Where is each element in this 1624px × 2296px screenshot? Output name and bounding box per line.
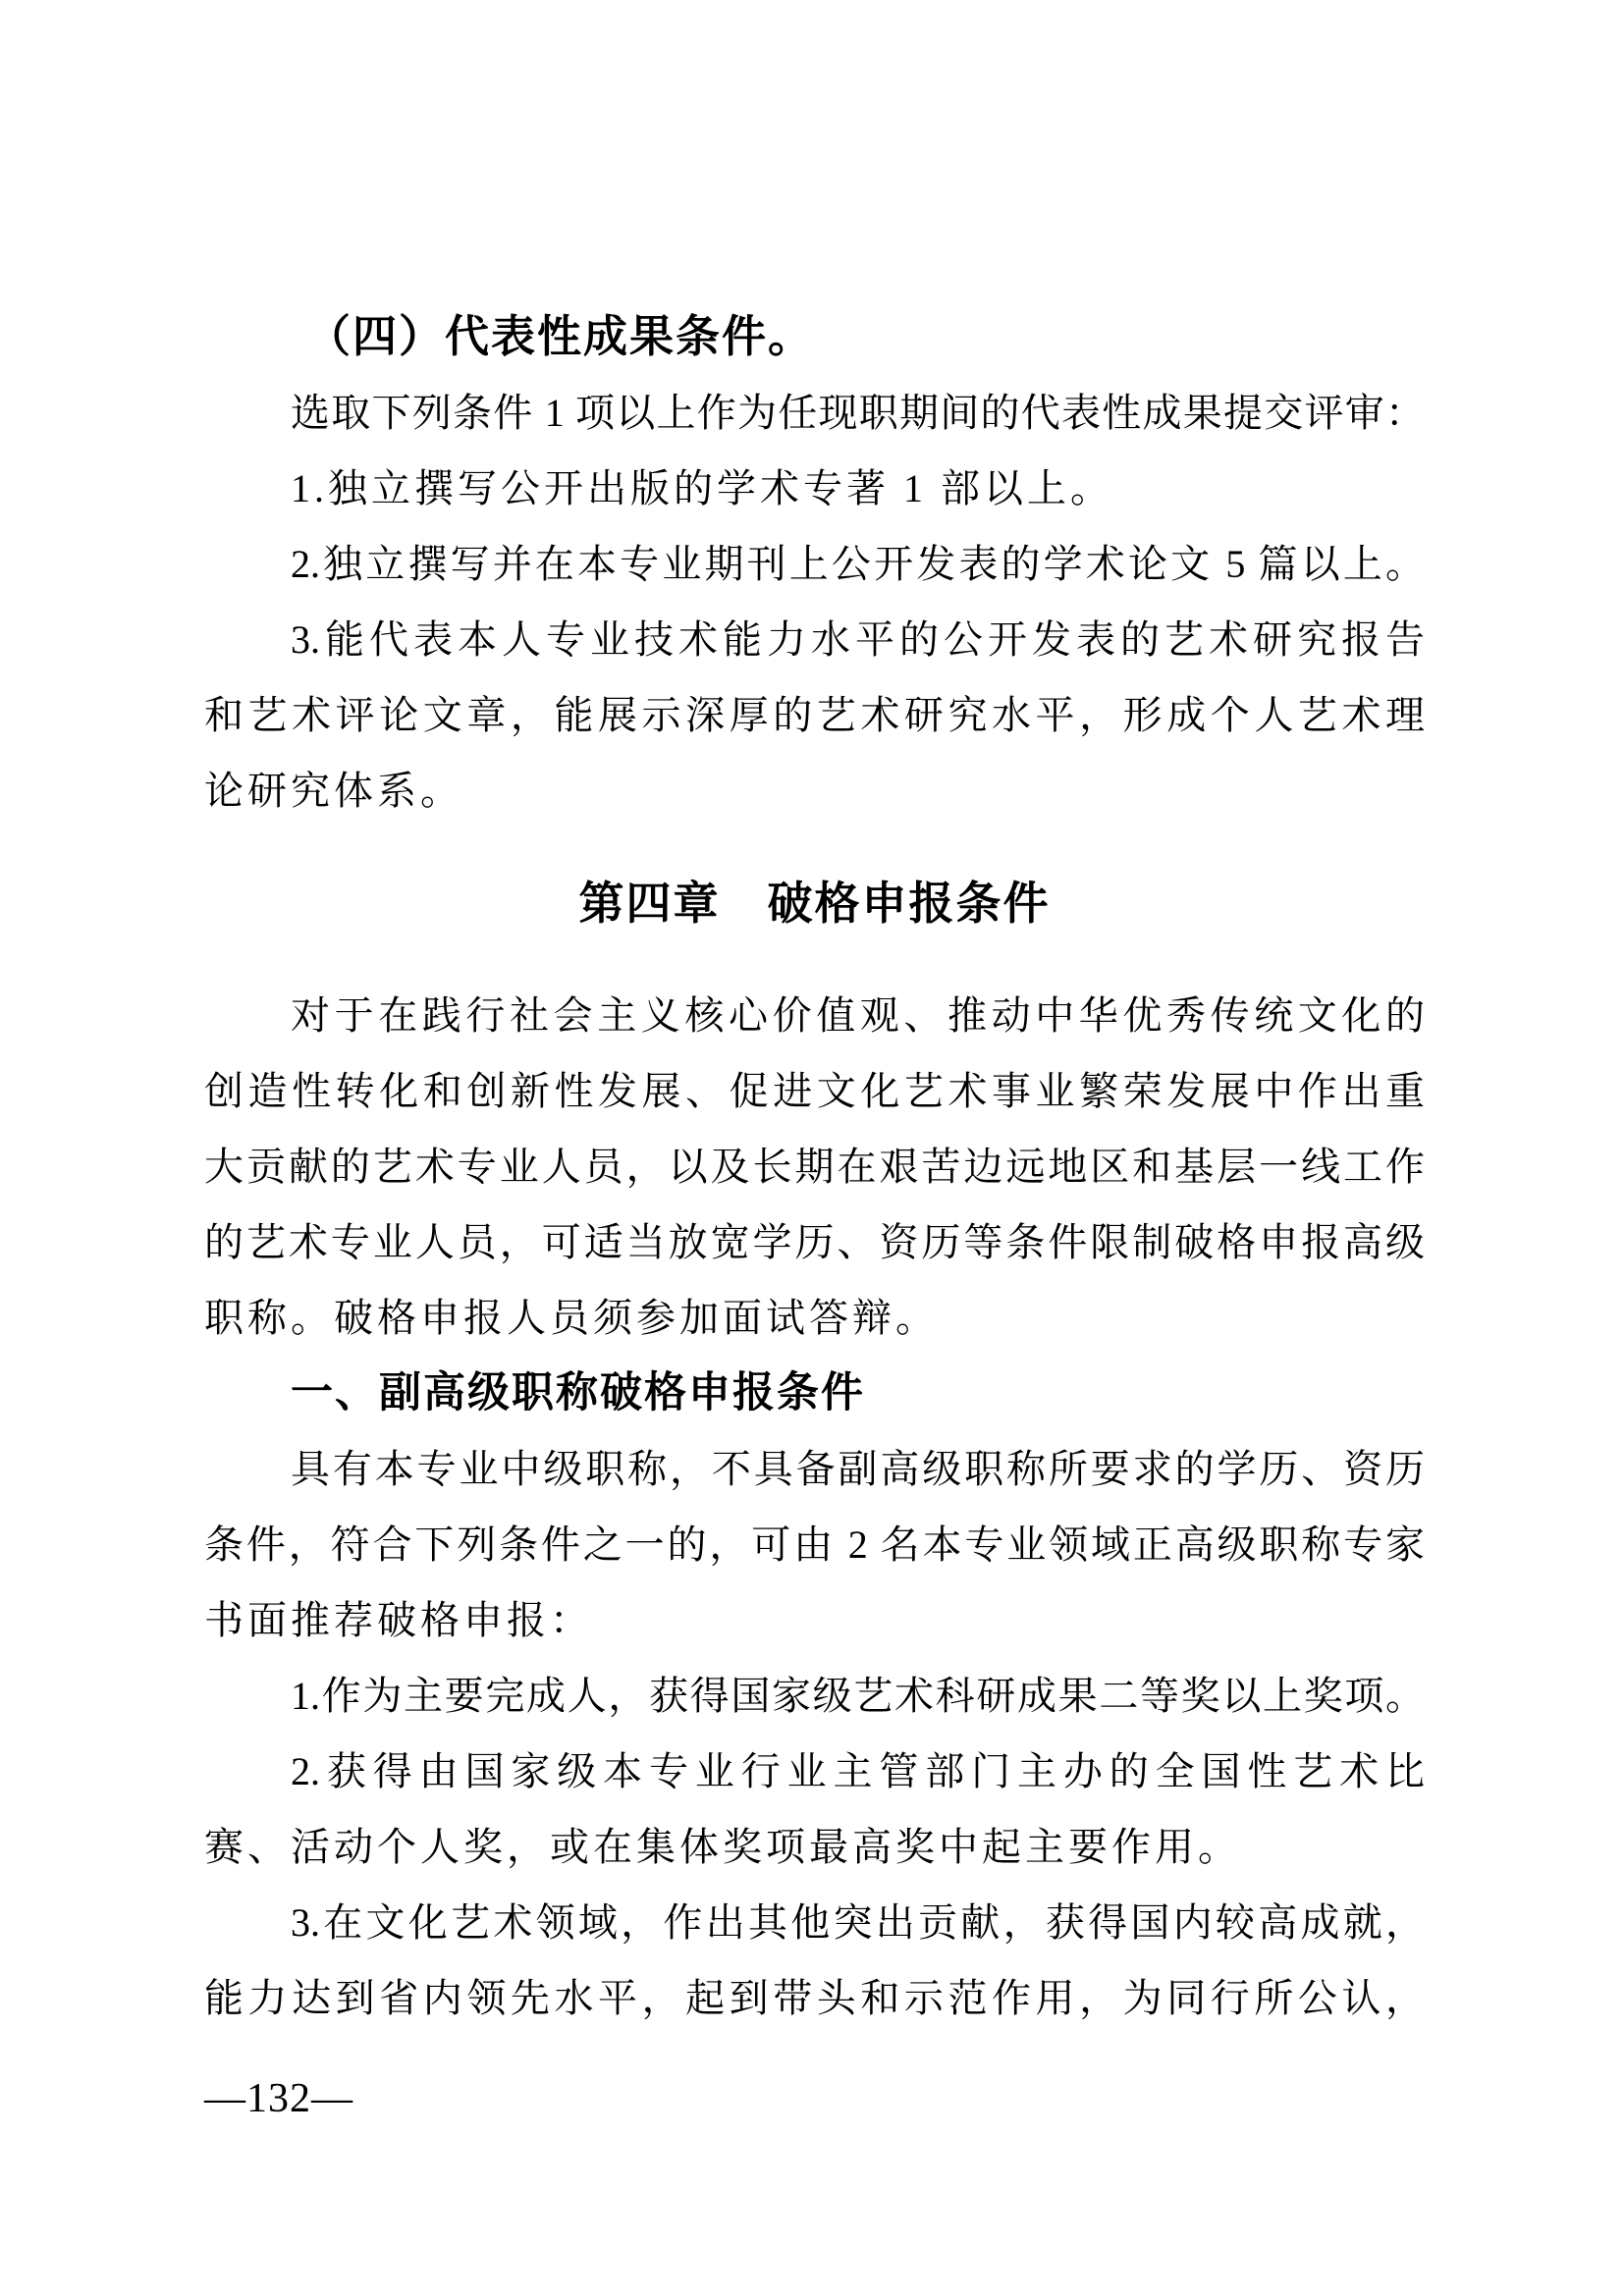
list-item-1: 1.独立撰写公开出版的学术专著 1 部以上。 bbox=[204, 451, 1425, 526]
chapter-para-line-1: 对于在践行社会主义核心价值观、推动中华优秀传统文化的 bbox=[204, 978, 1425, 1053]
list-item-2: 2.独立撰写并在本专业期刊上公开发表的学术论文 5 篇以上。 bbox=[204, 526, 1425, 602]
list-item-3-line-2: 和艺术评论文章，能展示深厚的艺术研究水平，形成个人艺术理 bbox=[204, 677, 1425, 753]
section-heading: 一、副高级职称破格申报条件 bbox=[204, 1356, 1425, 1431]
break-item-3-line-2: 能力达到省内领先水平，起到带头和示范作用，为同行所公认， bbox=[204, 1960, 1425, 2036]
break-item-2-line-1: 2.获得由国家级本专业行业主管部门主办的全国性艺术比 bbox=[204, 1734, 1425, 1809]
chapter-para-line-5: 职称。破格申报人员须参加面试答辩。 bbox=[204, 1280, 1425, 1356]
chapter-para-line-3: 大贡献的艺术专业人员，以及长期在艰苦边远地区和基层一线工作 bbox=[204, 1129, 1425, 1204]
section-para-line-1: 具有本专业中级职称，不具备副高级职称所要求的学历、资历 bbox=[204, 1431, 1425, 1507]
list-item-3-line-3: 论研究体系。 bbox=[204, 753, 1425, 828]
chapter-para-line-2: 创造性转化和创新性发展、促进文化艺术事业繁荣发展中作出重 bbox=[204, 1053, 1425, 1129]
break-item-3-line-1: 3.在文化艺术领域，作出其他突出贡献，获得国内较高成就， bbox=[204, 1885, 1425, 1960]
break-item-2-line-2: 赛、活动个人奖，或在集体奖项最高奖中起主要作用。 bbox=[204, 1809, 1425, 1885]
break-item-1: 1.作为主要完成人，获得国家级艺术科研成果二等奖以上奖项。 bbox=[204, 1658, 1425, 1734]
document-body: （四）代表性成果条件。 选取下列条件 1 项以上作为任现职期间的代表性成果提交评… bbox=[204, 299, 1425, 2036]
section-para-line-2: 条件，符合下列条件之一的，可由 2 名本专业领域正高级职称专家 bbox=[204, 1507, 1425, 1582]
page-number: —132— bbox=[204, 2061, 353, 2137]
paragraph-intro-line: 选取下列条件 1 项以上作为任现职期间的代表性成果提交评审： bbox=[204, 375, 1425, 451]
chapter-heading: 第四章 破格申报条件 bbox=[204, 862, 1425, 944]
section-para-line-3: 书面推荐破格申报： bbox=[204, 1582, 1425, 1658]
subsection-heading: （四）代表性成果条件。 bbox=[204, 299, 1425, 375]
list-item-3-line-1: 3.能代表本人专业技术能力水平的公开发表的艺术研究报告 bbox=[204, 602, 1425, 677]
document-page: （四）代表性成果条件。 选取下列条件 1 项以上作为任现职期间的代表性成果提交评… bbox=[0, 0, 1624, 2296]
chapter-para-line-4: 的艺术专业人员，可适当放宽学历、资历等条件限制破格申报高级 bbox=[204, 1204, 1425, 1280]
